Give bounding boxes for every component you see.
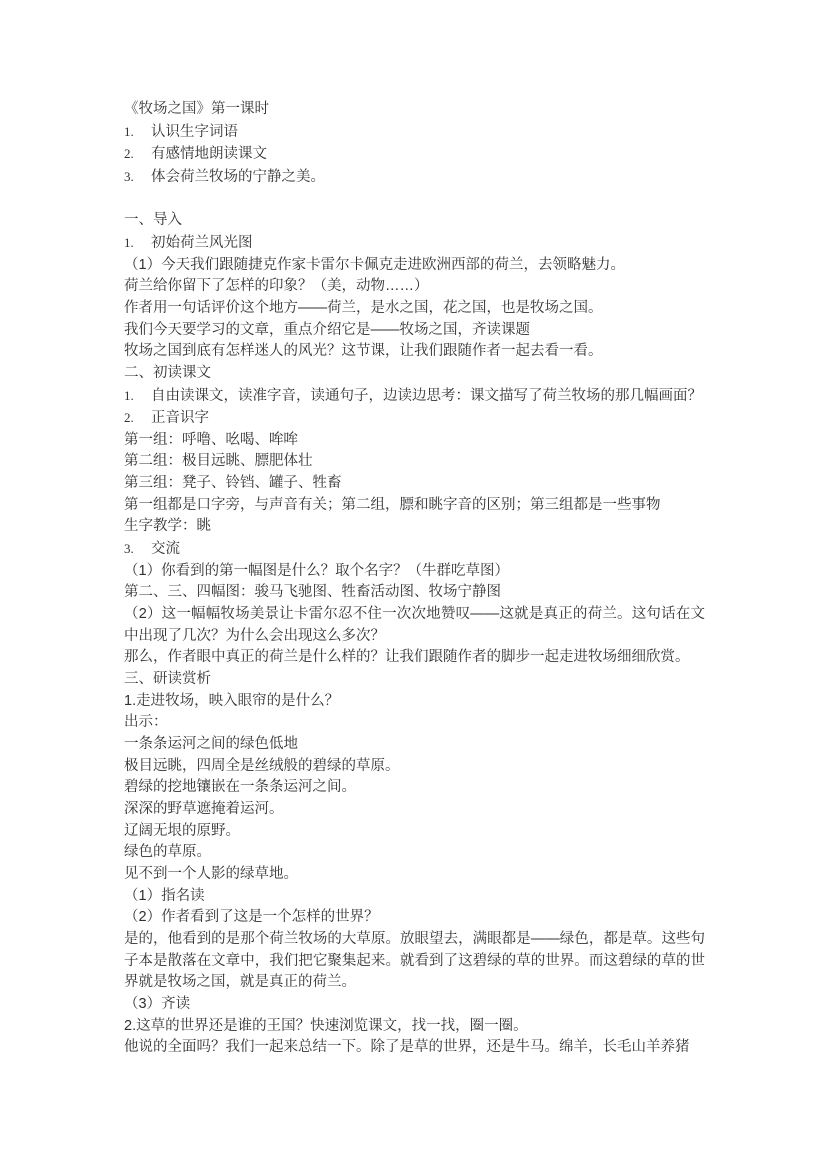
paragraph: 我们今天要学习的文章，重点介绍它是——牧场之国，齐读课题: [124, 320, 705, 342]
paragraph: （3）齐读: [124, 994, 705, 1016]
paragraph: 见不到一个人影的绿草地。: [124, 864, 705, 886]
paragraph: 1.走进牧场，映入眼帘的是什么？: [124, 691, 705, 713]
list-number: 2.: [124, 143, 151, 165]
list-item-text: 自由读课文，读准字音，读通句子，边读边思考：课文描写了荷兰牧场的那几幅画面？: [151, 386, 705, 408]
paragraph: 第一组：呼噜、吆喝、哞哞: [124, 430, 705, 452]
paragraph: （1）指名读: [124, 886, 705, 908]
list-number: 3.: [124, 538, 151, 560]
list-item: 2.正音识字: [124, 407, 705, 430]
objective-item: 3.体会荷兰牧场的宁静之美。: [124, 166, 705, 189]
paragraph: 生字教学：眺: [124, 516, 705, 538]
list-item-text: 正音识字: [151, 408, 705, 430]
paragraph: （1）今天我们跟随捷克作家卡雷尔卡佩克走进欧洲西部的荷兰，去领略魅力。: [124, 255, 705, 277]
section-heading: 一、导入: [124, 210, 705, 232]
paragraph: 碧绿的挖地镶嵌在一条条运河之间。: [124, 777, 705, 799]
list-item-text: 初始荷兰风光图: [151, 233, 705, 255]
list-number: 1.: [124, 121, 151, 143]
list-item-text: 有感情地朗读课文: [151, 144, 705, 166]
list-item-text: 体会荷兰牧场的宁静之美。: [151, 167, 705, 189]
section-heading: 三、研读赏析: [124, 669, 705, 691]
list-item-text: 认识生字词语: [151, 122, 705, 144]
paragraph: （2）这一幅幅牧场美景让卡雷尔忍不住一次次地赞叹——这就是真正的荷兰。这句话在文…: [124, 604, 705, 647]
section-heading: 二、初读课文: [124, 363, 705, 385]
paragraph: 2.这草的世界还是谁的王国？快速浏览课文，找一找，圈一圈。: [124, 1016, 705, 1038]
paragraph: 他说的全面吗？我们一起来总结一下。除了是草的世界，还是牛马。绵羊，长毛山羊养猪: [124, 1037, 705, 1059]
list-number: 3.: [124, 166, 151, 188]
paragraph: 那么，作者眼中真正的荷兰是什么样的？让我们跟随作者的脚步一起走进牧场细细欣赏。: [124, 647, 705, 669]
paragraph: 第三组：凳子、铃铛、罐子、牲畜: [124, 473, 705, 495]
paragraph: 第一组都是口字旁，与声音有关；第二组，膘和眺字音的区别；第三组都是一些事物: [124, 495, 705, 517]
list-number: 1.: [124, 385, 151, 407]
objective-item: 2.有感情地朗读课文: [124, 143, 705, 166]
paragraph: 一条条运河之间的绿色低地: [124, 734, 705, 756]
paragraph: 是的，他看到的是那个荷兰牧场的大草原。放眼望去，满眼都是——绿色，都是草。这些句…: [124, 929, 705, 994]
list-item: 3.交流: [124, 538, 705, 561]
list-item: 1.自由读课文，读准字音，读通句子，边读边思考：课文描写了荷兰牧场的那几幅画面？: [124, 385, 705, 408]
list-number: 1.: [124, 232, 151, 254]
objective-item: 1.认识生字词语: [124, 121, 705, 144]
doc-title: 《牧场之国》第一课时: [124, 99, 705, 121]
paragraph: 第二、三、四幅图：骏马飞驰图、牲畜活动图、牧场宁静图: [124, 582, 705, 604]
paragraph: 作者用一句话评价这个地方——荷兰，是水之国，花之国，也是牧场之国。: [124, 298, 705, 320]
list-number: 2.: [124, 407, 151, 429]
paragraph: （2）作者看到了这是一个怎样的世界？: [124, 907, 705, 929]
paragraph: 极目远眺，四周全是丝绒般的碧绿的草原。: [124, 756, 705, 778]
list-item: 1.初始荷兰风光图: [124, 232, 705, 255]
paragraph: 深深的野草遮掩着运河。: [124, 799, 705, 821]
paragraph: （1）你看到的第一幅图是什么？取个名字？（牛群吃草图）: [124, 561, 705, 583]
paragraph: 第二组：极目远眺、膘肥体壮: [124, 451, 705, 473]
paragraph: 绿色的草原。: [124, 842, 705, 864]
document-body: 《牧场之国》第一课时1.认识生字词语2.有感情地朗读课文3.体会荷兰牧场的宁静之…: [124, 99, 705, 1059]
paragraph: 辽阔无垠的原野。: [124, 821, 705, 843]
paragraph: 牧场之国到底有怎样迷人的风光？这节课，让我们跟随作者一起去看一看。: [124, 341, 705, 363]
document-page: 《牧场之国》第一课时1.认识生字词语2.有感情地朗读课文3.体会荷兰牧场的宁静之…: [0, 0, 827, 1170]
paragraph: 荷兰给你留下了怎样的印象？（美，动物……）: [124, 276, 705, 298]
blank-line: [124, 189, 705, 211]
paragraph: 出示：: [124, 712, 705, 734]
list-item-text: 交流: [151, 539, 705, 561]
